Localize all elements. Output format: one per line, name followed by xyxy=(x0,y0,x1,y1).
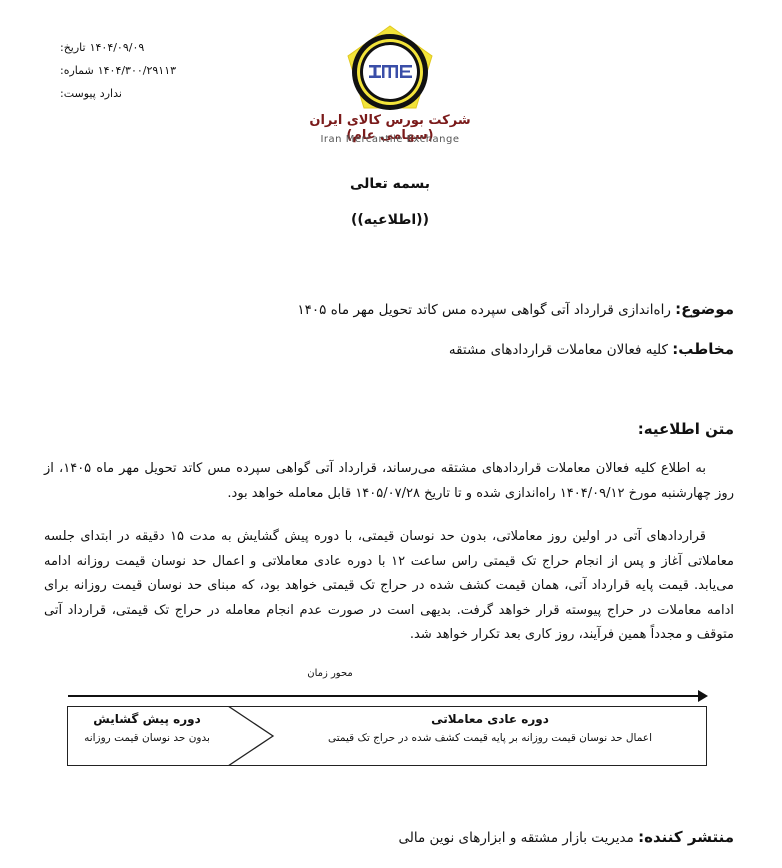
chevron-right-icon xyxy=(228,706,278,766)
publisher-line: منتشر کننده: مدیریت بازار مشتقه و ابزاره… xyxy=(34,828,734,846)
time-axis-label: محور زمان xyxy=(300,668,360,679)
body-paragraph: به اطلاع کلیه فعالان معاملات قراردادهای … xyxy=(44,457,734,506)
date-label: تاریخ: xyxy=(60,36,86,59)
stage-title: دوره عادی معاملاتی xyxy=(280,712,700,726)
number-row: شماره: ۱۴۰۴/۳۰۰/۲۹۱۱۳ xyxy=(60,59,190,82)
attachment-value: ندارد xyxy=(100,82,122,105)
document-meta: تاریخ: ۱۴۰۴/۰۹/۰۹ شماره: ۱۴۰۴/۳۰۰/۲۹۱۱۳ … xyxy=(60,36,190,105)
company-name-en: Iran Mercantile Exchange xyxy=(290,134,490,145)
arrow-right-icon xyxy=(698,690,708,702)
addressee-label: مخاطب: xyxy=(672,340,734,358)
invocation-heading: بسمه تعالی xyxy=(290,176,490,192)
stage-description: بدون حد نوسان قیمت روزانه xyxy=(72,732,222,744)
attachment-label: پیوست: xyxy=(60,82,96,105)
addressee-line: مخاطب: کلیه فعالان معاملات قراردادهای مش… xyxy=(34,340,734,358)
number-value: ۱۴۰۴/۳۰۰/۲۹۱۱۳ xyxy=(98,59,176,82)
timeline-stage-pre-opening: دوره پیش گشایش بدون حد نوسان قیمت روزانه xyxy=(72,712,222,744)
publisher-value: مدیریت بازار مشتقه و ابزارهای نوین مالی xyxy=(398,830,633,846)
time-axis-line xyxy=(68,695,700,697)
timeline-stage-normal-trading: دوره عادی معاملاتی اعمال حد نوسان قیمت ر… xyxy=(280,712,700,744)
stage-title: دوره پیش گشایش xyxy=(72,712,222,726)
subject-value: راه‌اندازی قرارداد آتی گواهی سپرده مس کا… xyxy=(297,302,670,318)
attachment-row: پیوست: ندارد xyxy=(60,82,190,105)
document-type-heading: ((اطلاعیه)) xyxy=(290,212,490,228)
subject-line: موضوع: راه‌اندازی قرارداد آتی گواهی سپرد… xyxy=(34,300,734,318)
body-heading: متن اطلاعیه: xyxy=(534,420,734,438)
date-row: تاریخ: ۱۴۰۴/۰۹/۰۹ xyxy=(60,36,190,59)
subject-label: موضوع: xyxy=(675,300,734,318)
publisher-label: منتشر کننده: xyxy=(638,828,734,846)
ime-logo-icon xyxy=(340,24,440,116)
stage-description: اعمال حد نوسان قیمت روزانه بر پایه قیمت … xyxy=(280,732,700,744)
number-label: شماره: xyxy=(60,59,94,82)
date-value: ۱۴۰۴/۰۹/۰۹ xyxy=(90,36,145,59)
addressee-value: کلیه فعالان معاملات قراردادهای مشتقه xyxy=(449,342,668,358)
body-paragraph: قراردادهای آتی در اولین روز معاملاتی، بد… xyxy=(44,525,734,648)
